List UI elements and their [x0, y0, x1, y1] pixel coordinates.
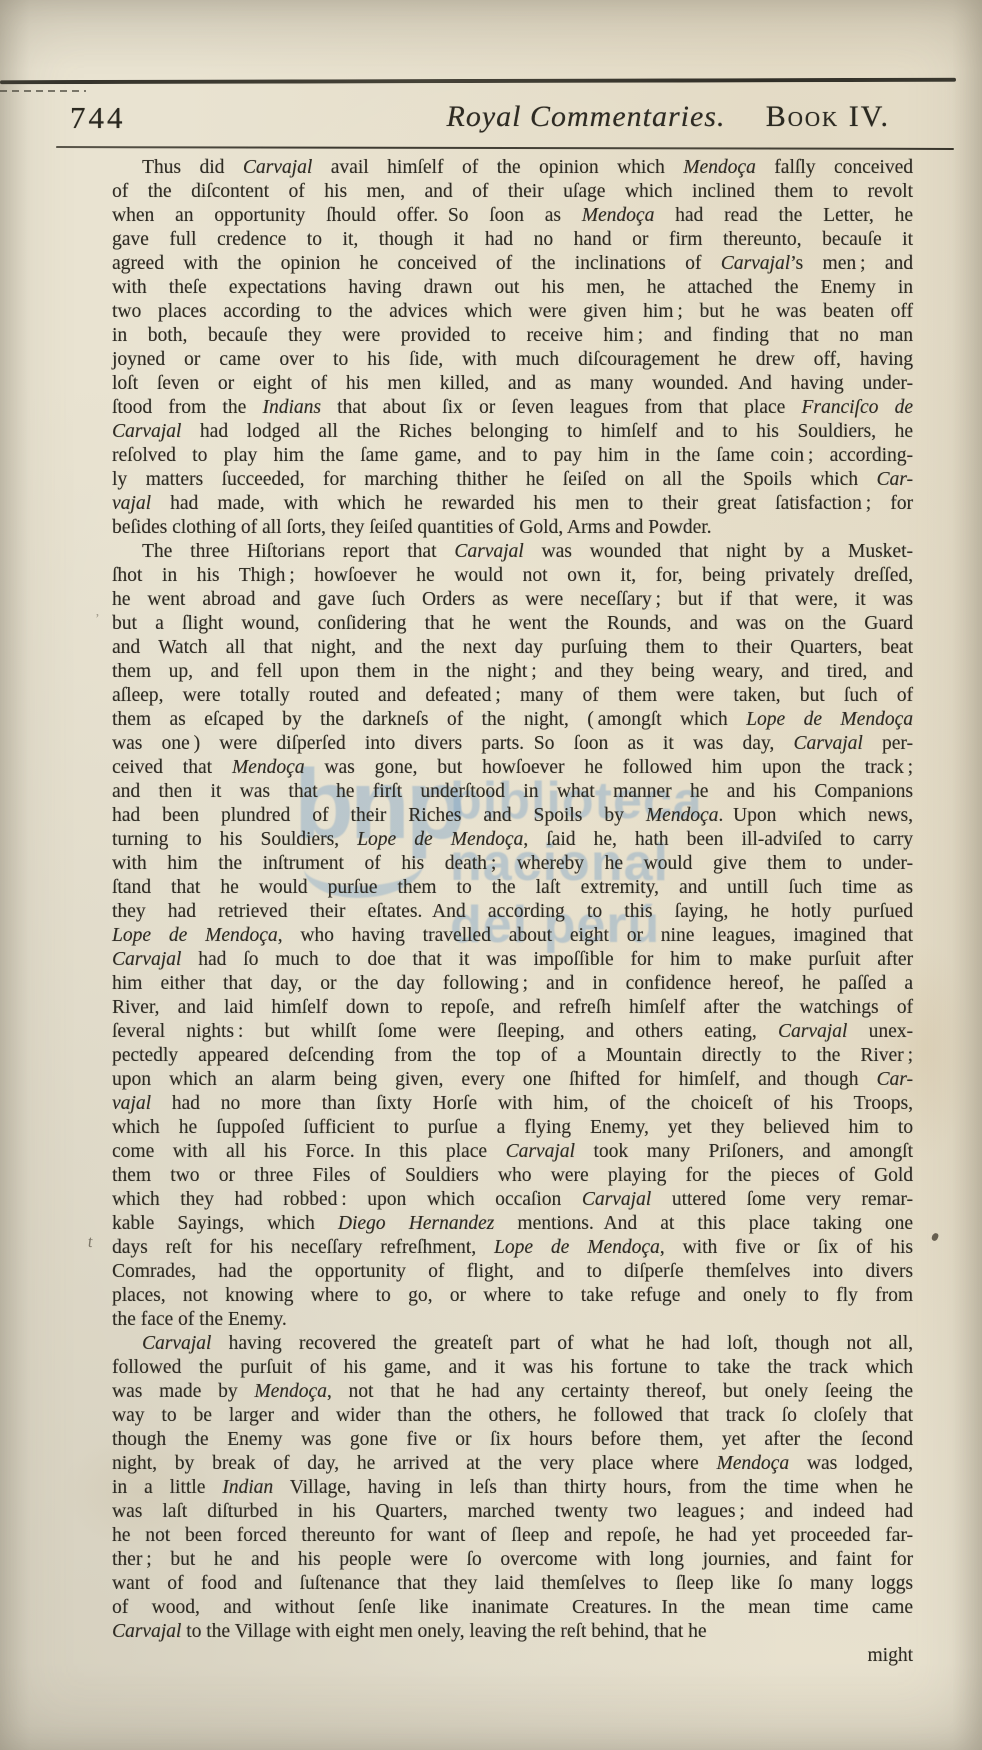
text-run: with theſe expectations having drawn out…: [112, 277, 913, 298]
italic-text-run: Indians: [262, 397, 321, 418]
text-run: unex-: [847, 1021, 913, 1042]
text-run: when an opportunity ſhould offer. So ſoo…: [112, 205, 582, 226]
text-run: turning to his Souldiers,: [112, 829, 357, 850]
text-line: night, by break of day, he arrived at th…: [112, 1452, 913, 1476]
italic-text-run: Mendoça: [232, 757, 305, 778]
text-line: gave full credence to it, though it had …: [112, 228, 913, 252]
text-run: them two or three Files of Souldiers who…: [112, 1165, 913, 1186]
text-run: of the diſcontent of his men, and of the…: [112, 181, 913, 202]
text-line: with him the inſtrument of his death ; w…: [112, 852, 913, 876]
text-run: places, not knowing where to go, or wher…: [112, 1285, 913, 1306]
text-line: ther ; but he and his people were ſo ove…: [112, 1548, 913, 1572]
text-run: them as eſcaped by the darkneſs of the n…: [112, 709, 746, 730]
text-run: Comrades, had the opportunity of flight,…: [112, 1261, 913, 1282]
text-line: places, not knowing where to go, or wher…: [112, 1284, 913, 1308]
text-line: pectedly appeared deſcending from the to…: [112, 1044, 913, 1068]
italic-text-run: Mendoça: [646, 805, 719, 826]
text-run: and Watch all that night, and the next d…: [112, 637, 913, 658]
text-run: pectedly appeared deſcending from the to…: [112, 1045, 913, 1066]
text-run: way to be larger and wider than the othe…: [112, 1405, 913, 1426]
book-page-scan: 744 Royal Commentaries. Book IV. bnp bib…: [0, 0, 982, 1750]
italic-text-run: Carvajal: [793, 733, 862, 754]
text-run: had made, with which he rewarded his men…: [151, 493, 913, 514]
text-run: joyned or came over to his ſide, with mu…: [112, 349, 913, 370]
text-line: aſleep, were totally routed and defeated…: [112, 684, 913, 708]
text-line: kable Sayings, which Diego Hernandez men…: [112, 1212, 913, 1236]
text-run: reſolved to play him the ſame game, and …: [112, 445, 913, 466]
text-run: The three Hiſtorians report that: [142, 541, 454, 562]
italic-text-run: Diego Hernandez: [338, 1213, 494, 1234]
text-run: had ſo much to doe that it was impoſſibl…: [181, 949, 913, 970]
text-line: Carvajal had ſo much to doe that it was …: [112, 948, 913, 972]
text-run: ther ; but he and his people were ſo ove…: [112, 1549, 913, 1570]
text-run: Village, having in leſs than thirty hour…: [273, 1477, 913, 1498]
text-line: Carvajal had lodged all the Riches belon…: [112, 420, 913, 444]
text-run: , ſaid he, hath been ill-adviſed to carr…: [523, 829, 913, 850]
paragraph: Thus did Carvajal avail himſelf of the o…: [112, 156, 913, 540]
text-run: with him the inſtrument of his death ; w…: [112, 853, 913, 874]
text-run: he went abroad and gave ſuch Orders as w…: [112, 589, 913, 610]
text-run: mentions. And at this place taking one: [494, 1213, 913, 1234]
text-run: them up, and fell upon them in the night…: [112, 661, 913, 682]
text-run: was one ) were diſperſed into divers par…: [112, 733, 793, 754]
text-run: he not been forced thereunto for want of…: [112, 1525, 913, 1546]
italic-text-run: Carvajal: [778, 1021, 847, 1042]
text-line: days reſt for his neceſſary refreſhment,…: [112, 1236, 913, 1260]
text-line: Carvajal having recovered the greateſt p…: [112, 1332, 913, 1356]
italic-text-run: Car-: [877, 1069, 913, 1090]
text-line: followed the purſuit of his game, and it…: [112, 1356, 913, 1380]
text-run: ceived that: [112, 757, 232, 778]
italic-text-run: Carvajal: [142, 1333, 211, 1354]
book-heading: Book IV.: [766, 100, 890, 134]
text-run: avail himſelf of the opinion which: [312, 157, 683, 178]
text-line: beſides clothing of all ſorts, they ſeiſ…: [112, 516, 913, 540]
text-line: reſolved to play him the ſame game, and …: [112, 444, 913, 468]
text-line: ſeveral nights : but whilſt ſome were ſl…: [112, 1020, 913, 1044]
text-run: ſtood from the: [112, 397, 262, 418]
text-line: ſtood from the Indians that about ſix or…: [112, 396, 913, 420]
paragraph: Carvajal having recovered the greateſt p…: [112, 1332, 913, 1644]
text-run: . Upon which news,: [718, 805, 913, 826]
text-line: though the Enemy was gone five or ſix ho…: [112, 1428, 913, 1452]
text-line: was laſt diſturbed in his Quarters, marc…: [112, 1500, 913, 1524]
text-line: way to be larger and wider than the othe…: [112, 1404, 913, 1428]
italic-text-run: Mendoça: [582, 205, 655, 226]
text-run: per-: [863, 733, 913, 754]
text-line: him either that day, or the day followin…: [112, 972, 913, 996]
text-line: he went abroad and gave ſuch Orders as w…: [112, 588, 913, 612]
ink-speck: t: [87, 1232, 94, 1252]
text-run: loſt ſeven or eight of his men killed, a…: [112, 373, 913, 394]
italic-text-run: Carvajal: [506, 1141, 575, 1162]
italic-text-run: Carvajal: [112, 421, 181, 442]
text-run: days reſt for his neceſſary refreſhment,: [112, 1237, 494, 1258]
text-run: beſides clothing of all ſorts, they ſeiſ…: [112, 517, 712, 538]
text-run: had lodged all the Riches belonging to h…: [181, 421, 913, 442]
header-rule-fragment: [0, 90, 86, 92]
italic-text-run: Lope de Mendoça: [494, 1237, 660, 1258]
page-body: Thus did Carvajal avail himſelf of the o…: [112, 156, 913, 1644]
text-run: in a little: [112, 1477, 222, 1498]
text-line: Thus did Carvajal avail himſelf of the o…: [112, 156, 913, 180]
text-line: and then it was that he firſt underſtood…: [112, 780, 913, 804]
italic-text-run: Carvajal: [112, 1621, 181, 1642]
text-line: come with all his Force. In this place C…: [112, 1140, 913, 1164]
text-line: ſtand that he would purſue them to the l…: [112, 876, 913, 900]
text-line: in both, becauſe they were provided to r…: [112, 324, 913, 348]
text-run: in both, becauſe they were provided to r…: [112, 325, 913, 346]
text-run: was wounded that night by a Musket-: [524, 541, 913, 562]
text-line: vajal had made, with which he rewarded h…: [112, 492, 913, 516]
text-run: took many Priſoners, and amongſt: [575, 1141, 913, 1162]
text-run: had read the Letter, he: [654, 205, 913, 226]
text-run: ly matters ſucceeded, for marching thith…: [112, 469, 877, 490]
text-run: River, and laid himſelf down to repoſe, …: [112, 997, 913, 1018]
text-line: ly matters ſucceeded, for marching thith…: [112, 468, 913, 492]
text-line: the face of the Enemy.: [112, 1308, 913, 1332]
text-line: ſhot in his Thigh ; howſoever he would n…: [112, 564, 913, 588]
text-run: , with five or ſix of his: [660, 1237, 913, 1258]
italic-text-run: Franciſco de: [801, 397, 913, 418]
text-run: ſtand that he would purſue them to the l…: [112, 877, 913, 898]
text-run: him either that day, or the day followin…: [112, 973, 913, 994]
text-run: was made by: [112, 1381, 254, 1402]
text-line: with theſe expectations having drawn out…: [112, 276, 913, 300]
italic-text-run: vajal: [112, 1093, 151, 1114]
text-run: gave full credence to it, though it had …: [112, 229, 913, 250]
text-line: The three Hiſtorians report that Carvaja…: [112, 540, 913, 564]
italic-text-run: Lope de Mendoça: [112, 925, 278, 946]
italic-text-run: Lope de Mendoça: [746, 709, 913, 730]
text-run: of wood, and without ſenſe like inanimat…: [112, 1597, 913, 1618]
text-line: turning to his Souldiers, Lope de Mendoç…: [112, 828, 913, 852]
text-line: they had retrieved their eſtates. And ac…: [112, 900, 913, 924]
italic-text-run: Car-: [877, 469, 913, 490]
italic-text-run: Carvajal: [112, 949, 181, 970]
text-run: agreed with the opinion he conceived of …: [112, 253, 721, 274]
text-run: which they had robbed : upon which occaſ…: [112, 1189, 582, 1210]
text-line: upon which an alarm being given, every o…: [112, 1068, 913, 1092]
text-line: them two or three Files of Souldiers who…: [112, 1164, 913, 1188]
text-line: vajal had no more than ſixty Horſe with …: [112, 1092, 913, 1116]
text-run: the face of the Enemy.: [112, 1309, 287, 1330]
text-run: having recovered the greateſt part of wh…: [211, 1333, 913, 1354]
text-run: was gone, but howſoever he followed him …: [305, 757, 914, 778]
text-run: falſly conceived: [756, 157, 913, 178]
text-line: two places according to the advices whic…: [112, 300, 913, 324]
text-run: Thus did: [142, 157, 243, 178]
italic-text-run: Lope de Mendoça: [357, 829, 523, 850]
text-line: and Watch all that night, and the next d…: [112, 636, 913, 660]
text-line: ceived that Mendoça was gone, but howſoe…: [112, 756, 913, 780]
catchword: might: [112, 1644, 913, 1668]
text-run: two places according to the advices whic…: [112, 301, 913, 322]
text-run: ſeveral nights : but whilſt ſome were ſl…: [112, 1021, 778, 1042]
text-line: loſt ſeven or eight of his men killed, a…: [112, 372, 913, 396]
text-line: Comrades, had the opportunity of flight,…: [112, 1260, 913, 1284]
italic-text-run: Mendoça: [683, 157, 756, 178]
text-run: though the Enemy was gone five or ſix ho…: [112, 1429, 913, 1450]
text-run: was lodged,: [789, 1453, 913, 1474]
header-rule-top: [0, 78, 956, 85]
text-line: Lope de Mendoça, who having travelled ab…: [112, 924, 913, 948]
text-line: River, and laid himſelf down to repoſe, …: [112, 996, 913, 1020]
text-line: want of food and ſuſtenance that they la…: [112, 1572, 913, 1596]
text-line: Carvajal to the Village with eight men o…: [112, 1620, 913, 1644]
text-run: , who having travelled about eight or ni…: [278, 925, 913, 946]
text-line: of the diſcontent of his men, and of the…: [112, 180, 913, 204]
text-line: of wood, and without ſenſe like inanimat…: [112, 1596, 913, 1620]
text-line: was one ) were diſperſed into divers par…: [112, 732, 913, 756]
text-line: joyned or came over to his ſide, with mu…: [112, 348, 913, 372]
text-line: which he ſuppoſed ſufficient to purſue a…: [112, 1116, 913, 1140]
italic-text-run: Mendoça: [254, 1381, 327, 1402]
text-run: had no more than ſixty Horſe with him, o…: [151, 1093, 913, 1114]
text-run: but a ſlight wound, conſidering that he …: [112, 613, 913, 634]
italic-text-run: Indian: [222, 1477, 273, 1498]
paragraph: The three Hiſtorians report that Carvaja…: [112, 540, 913, 1332]
text-line: he not been forced thereunto for want of…: [112, 1524, 913, 1548]
text-line: in a little Indian Village, having in le…: [112, 1476, 913, 1500]
text-run: was laſt diſturbed in his Quarters, marc…: [112, 1501, 913, 1522]
text-run: ’s men ; and: [790, 253, 913, 274]
text-line: when an opportunity ſhould offer. So ſoo…: [112, 204, 913, 228]
text-line: them as eſcaped by the darkneſs of the n…: [112, 708, 913, 732]
ink-speck: ’: [95, 612, 100, 628]
text-run: which he ſuppoſed ſufficient to purſue a…: [112, 1117, 913, 1138]
italic-text-run: Carvajal: [243, 157, 312, 178]
text-run: night, by break of day, he arrived at th…: [112, 1453, 717, 1474]
text-line: agreed with the opinion he conceived of …: [112, 252, 913, 276]
text-line: which they had robbed : upon which occaſ…: [112, 1188, 913, 1212]
text-run: kable Sayings, which: [112, 1213, 338, 1234]
italic-text-run: Carvajal: [721, 253, 790, 274]
text-line: but a ſlight wound, conſidering that he …: [112, 612, 913, 636]
text-run: aſleep, were totally routed and defeated…: [112, 685, 913, 706]
text-run: they had retrieved their eſtates. And ac…: [112, 901, 913, 922]
text-run: followed the purſuit of his game, and it…: [112, 1357, 913, 1378]
text-line: was made by Mendoça, not that he had any…: [112, 1380, 913, 1404]
ink-speck: [931, 1232, 939, 1242]
italic-text-run: vajal: [112, 493, 151, 514]
text-run: had been plundred of their Riches and Sp…: [112, 805, 646, 826]
text-run: , not that he had any certainty thereof,…: [327, 1381, 913, 1402]
text-run: to the Village with eight men onely, lea…: [181, 1621, 706, 1642]
text-run: upon which an alarm being given, every o…: [112, 1069, 877, 1090]
text-run: that about ſix or ſeven leagues from tha…: [321, 397, 802, 418]
text-run: come with all his Force. In this place: [112, 1141, 506, 1162]
text-run: and then it was that he firſt underſtood…: [112, 781, 913, 802]
text-line: them up, and fell upon them in the night…: [112, 660, 913, 684]
text-run: uttered ſome very remar-: [651, 1189, 913, 1210]
italic-text-run: Carvajal: [454, 541, 523, 562]
italic-text-run: Carvajal: [582, 1189, 651, 1210]
header-rule-bottom: [56, 146, 954, 150]
italic-text-run: Mendoça: [717, 1453, 790, 1474]
text-line: had been plundred of their Riches and Sp…: [112, 804, 913, 828]
text-run: want of food and ſuſtenance that they la…: [112, 1573, 913, 1594]
text-run: ſhot in his Thigh ; howſoever he would n…: [112, 565, 913, 586]
